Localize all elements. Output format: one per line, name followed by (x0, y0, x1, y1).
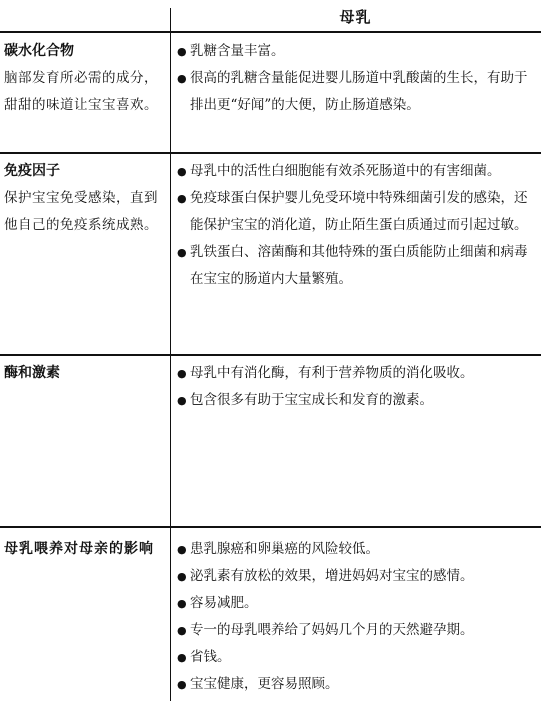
row-label-effects-on-mother: 母乳喂养对母亲的影响 (4, 536, 166, 563)
row-description: 保护宝宝免受感染，直到他自己的免疫系统成熟。 (4, 185, 166, 239)
list-item: 乳铁蛋白、溶菌酶和其他特殊的蛋白质能防止细菌和病毒在宝宝的肠道内大量繁殖。 (177, 239, 539, 293)
list-item: 母乳中的活性白细胞能有效杀死肠道中的有害细菌。 (177, 158, 539, 185)
list-item: 包含很多有助于宝宝成长和发育的激素。 (177, 387, 539, 414)
list-item: 容易减肥。 (177, 590, 539, 617)
row-title: 母乳喂养对母亲的影响 (4, 536, 166, 563)
list-item: 很高的乳糖含量能促进婴儿肠道中乳酸菌的生长，有助于排出更“好闻”的大便，防止肠道… (177, 65, 539, 119)
row-title: 免疫因子 (4, 158, 166, 185)
column-header-breast-milk: 母乳 (170, 6, 541, 27)
row-description: 脑部发育所必需的成分，甜甜的味道让宝宝喜欢。 (4, 65, 166, 119)
list-item: 宝宝健康，更容易照顾。 (177, 671, 539, 698)
row-label-enzymes-hormones: 酶和激素 (4, 360, 166, 387)
list-item: 专一的母乳喂养给了妈妈几个月的天然避孕期。 (177, 617, 539, 644)
list-item: 免疫球蛋白保护婴儿免受环境中特殊细菌引发的感染，还能保护宝宝的消化道，防止陌生蛋… (177, 185, 539, 239)
row-divider (0, 354, 541, 356)
list-item: 泌乳素有放松的效果，增进妈妈对宝宝的感情。 (177, 563, 539, 590)
row-content-carbohydrates: 乳糖含量丰富。 很高的乳糖含量能促进婴儿肠道中乳酸菌的生长，有助于排出更“好闻”… (177, 38, 539, 119)
list-item: 省钱。 (177, 644, 539, 671)
row-label-carbohydrates: 碳水化合物 脑部发育所必需的成分，甜甜的味道让宝宝喜欢。 (4, 38, 166, 119)
row-divider (0, 526, 541, 528)
row-content-effects-on-mother: 患乳腺癌和卵巢癌的风险较低。 泌乳素有放松的效果，增进妈妈对宝宝的感情。 容易减… (177, 536, 539, 698)
row-divider (0, 152, 541, 154)
header-divider (0, 31, 541, 33)
row-title: 碳水化合物 (4, 38, 166, 65)
row-content-enzymes-hormones: 母乳中有消化酶，有利于营养物质的消化吸收。 包含很多有助于宝宝成长和发育的激素。 (177, 360, 539, 414)
list-item: 患乳腺癌和卵巢癌的风险较低。 (177, 536, 539, 563)
row-content-immune-factors: 母乳中的活性白细胞能有效杀死肠道中的有害细菌。 免疫球蛋白保护婴儿免受环境中特殊… (177, 158, 539, 293)
row-title: 酶和激素 (4, 360, 166, 387)
list-item: 乳糖含量丰富。 (177, 38, 539, 65)
row-label-immune-factors: 免疫因子 保护宝宝免受感染，直到他自己的免疫系统成熟。 (4, 158, 166, 239)
list-item: 母乳中有消化酶，有利于营养物质的消化吸收。 (177, 360, 539, 387)
